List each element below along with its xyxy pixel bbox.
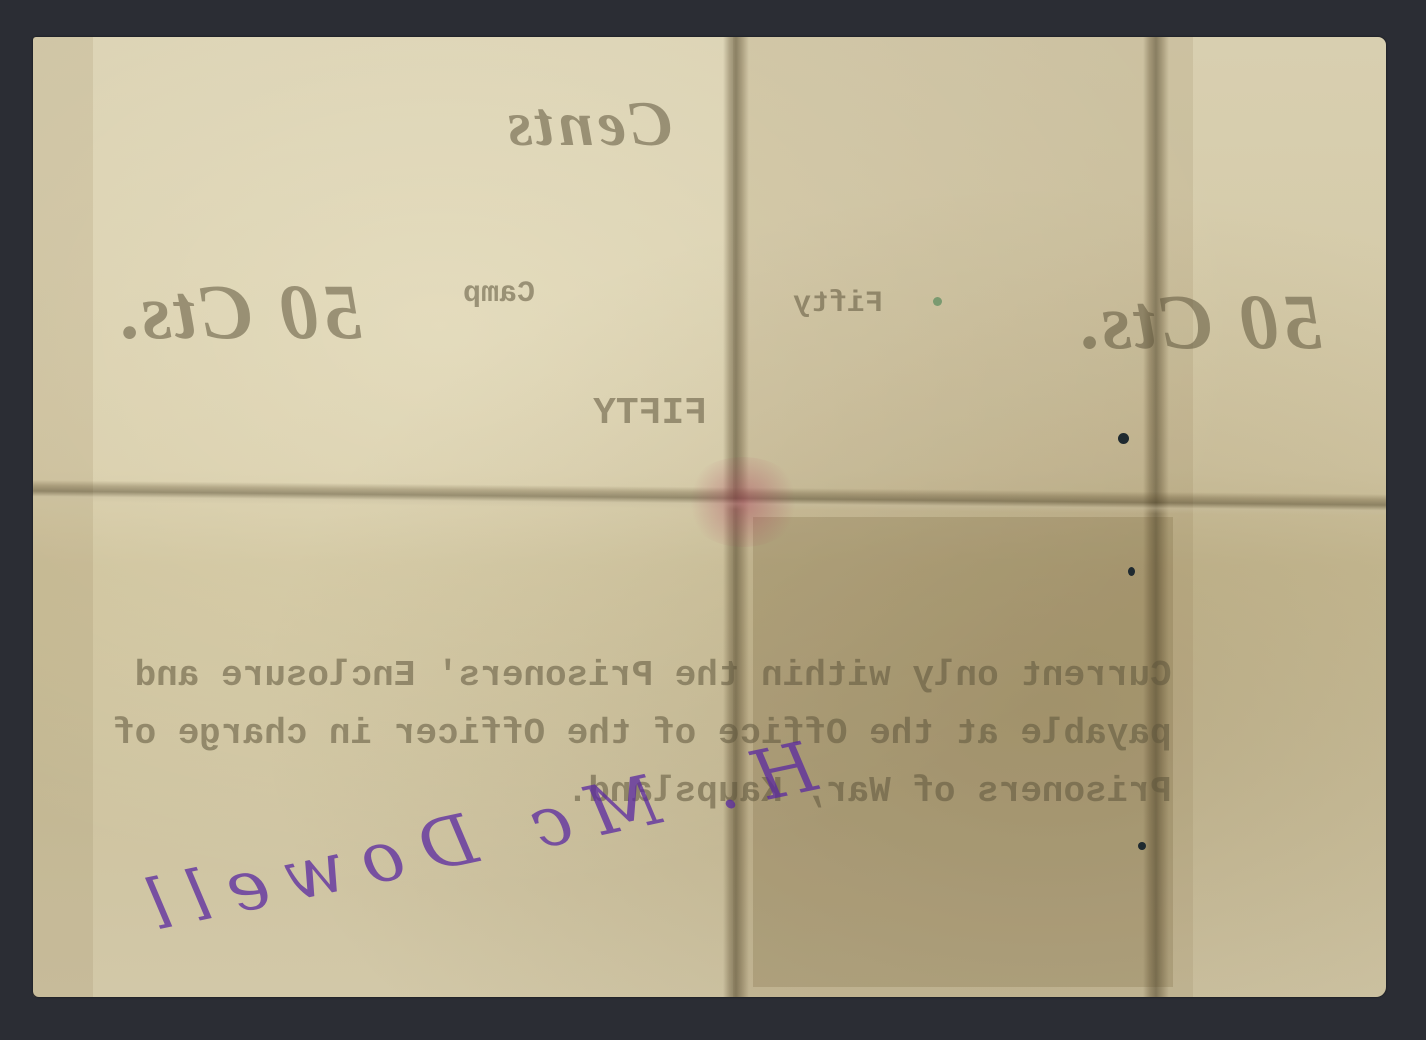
ink-spot [1138, 842, 1146, 850]
banknote-paper: Cents 50 Cts. 50 Cts. Camp Fifty FIFTY C… [33, 37, 1386, 997]
green-spot [933, 297, 942, 306]
body-line: Current only within the Prisoners' Enclo… [113, 647, 1172, 705]
show-through-mid-word-left: Camp [463, 277, 535, 311]
stain-edge [33, 37, 93, 997]
show-through-denomination-left: 50 Cts. [113, 267, 362, 357]
ink-spot [1128, 567, 1135, 576]
show-through-top-word: Cents [503, 87, 672, 161]
ink-spot [1118, 433, 1129, 444]
body-line: payable at the Office of the Officer in … [113, 705, 1172, 763]
show-through-mid-word-right: Fifty [793, 287, 883, 321]
red-ink-stain [683, 457, 803, 547]
vertical-fold [1143, 37, 1169, 997]
show-through-center-word: FIFTY [593, 392, 707, 435]
show-through-denomination-right: 50 Cts. [1073, 277, 1322, 367]
